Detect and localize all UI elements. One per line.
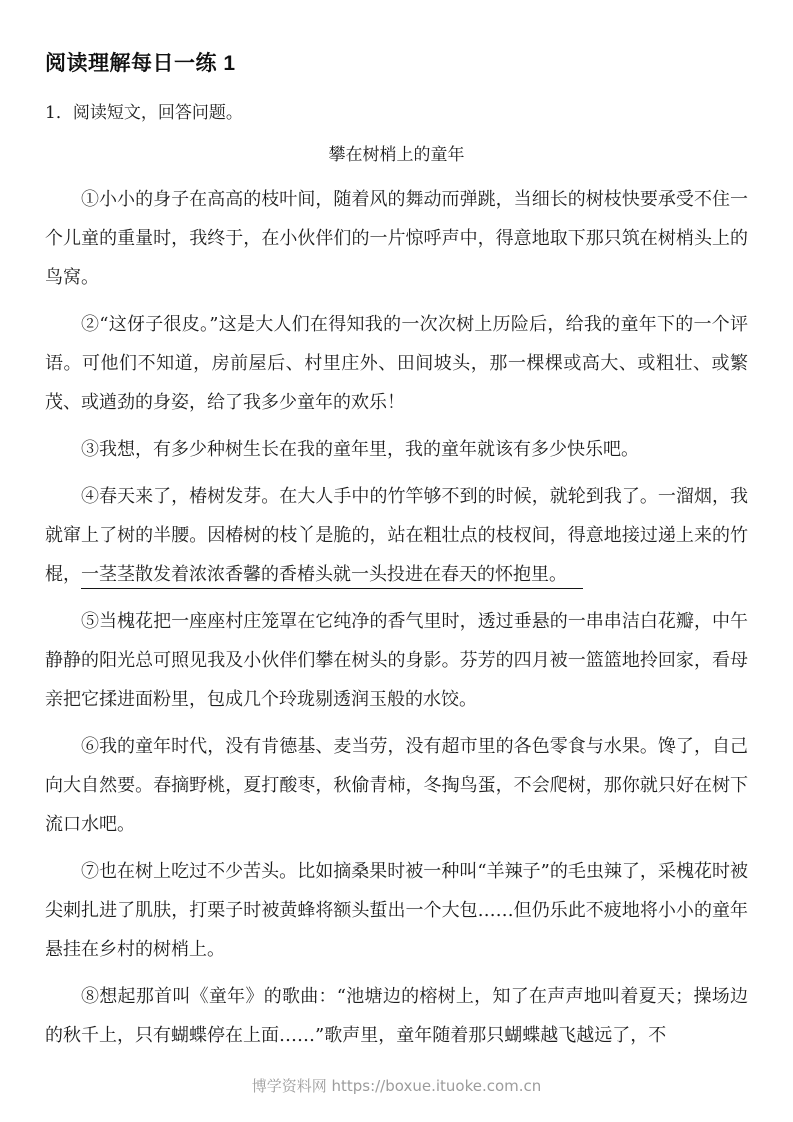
article-paragraph-1: ①小小的身子在高高的枝叶间，随着风的舞动而弹跳，当细长的树枝快要承受不住一个儿童… bbox=[45, 180, 748, 297]
article-paragraph-8: ⑧想起那首叫《童年》的歌曲：“池塘边的榕树上，知了在声声地叫着夏天；操场边的秋千… bbox=[45, 977, 748, 1055]
article-paragraph-7: ⑦也在树上吃过不少苦头。比如摘桑果时被一种叫“羊辣子”的毛虫辣了，采槐花时被尖刺… bbox=[45, 852, 748, 969]
article-paragraph-4: ④春天来了，椿树发芽。在大人手中的竹竿够不到的时候，就轮到我了。一溜烟，我就窜上… bbox=[45, 477, 748, 594]
article-title: 攀在树梢上的童年 bbox=[45, 142, 748, 168]
question-prompt: 1．阅读短文，回答问题。 bbox=[45, 100, 748, 126]
article-paragraph-2: ②“这伢子很皮。”这是大人们在得知我的一次次树上历险后，给我的童年下的一个评语。… bbox=[45, 305, 748, 422]
article-paragraph-3: ③我想，有多少种树生长在我的童年里，我的童年就该有多少快乐吧。 bbox=[45, 430, 748, 469]
underlined-text: 一茎茎散发着浓浓香馨的香椿头就一头投进在春天的怀抱里。 bbox=[81, 564, 583, 589]
article-paragraph-5: ⑤当槐花把一座座村庄笼罩在它纯净的香气里时，透过垂悬的一串串洁白花瓣，中午静静的… bbox=[45, 602, 748, 719]
article-body: ①小小的身子在高高的枝叶间，随着风的舞动而弹跳，当细长的树枝快要承受不住一个儿童… bbox=[45, 180, 748, 1055]
footer-watermark: 博学资料网 https://boxue.ituoke.com.cn bbox=[0, 1075, 793, 1096]
article-paragraph-6: ⑥我的童年时代，没有肯德基、麦当劳，没有超市里的各色零食与水果。馋了，自己向大自… bbox=[45, 727, 748, 844]
worksheet-title: 阅读理解每日一练 1 bbox=[45, 50, 748, 78]
document-page: 阅读理解每日一练 1 1．阅读短文，回答问题。 攀在树梢上的童年 ①小小的身子在… bbox=[0, 0, 793, 1122]
